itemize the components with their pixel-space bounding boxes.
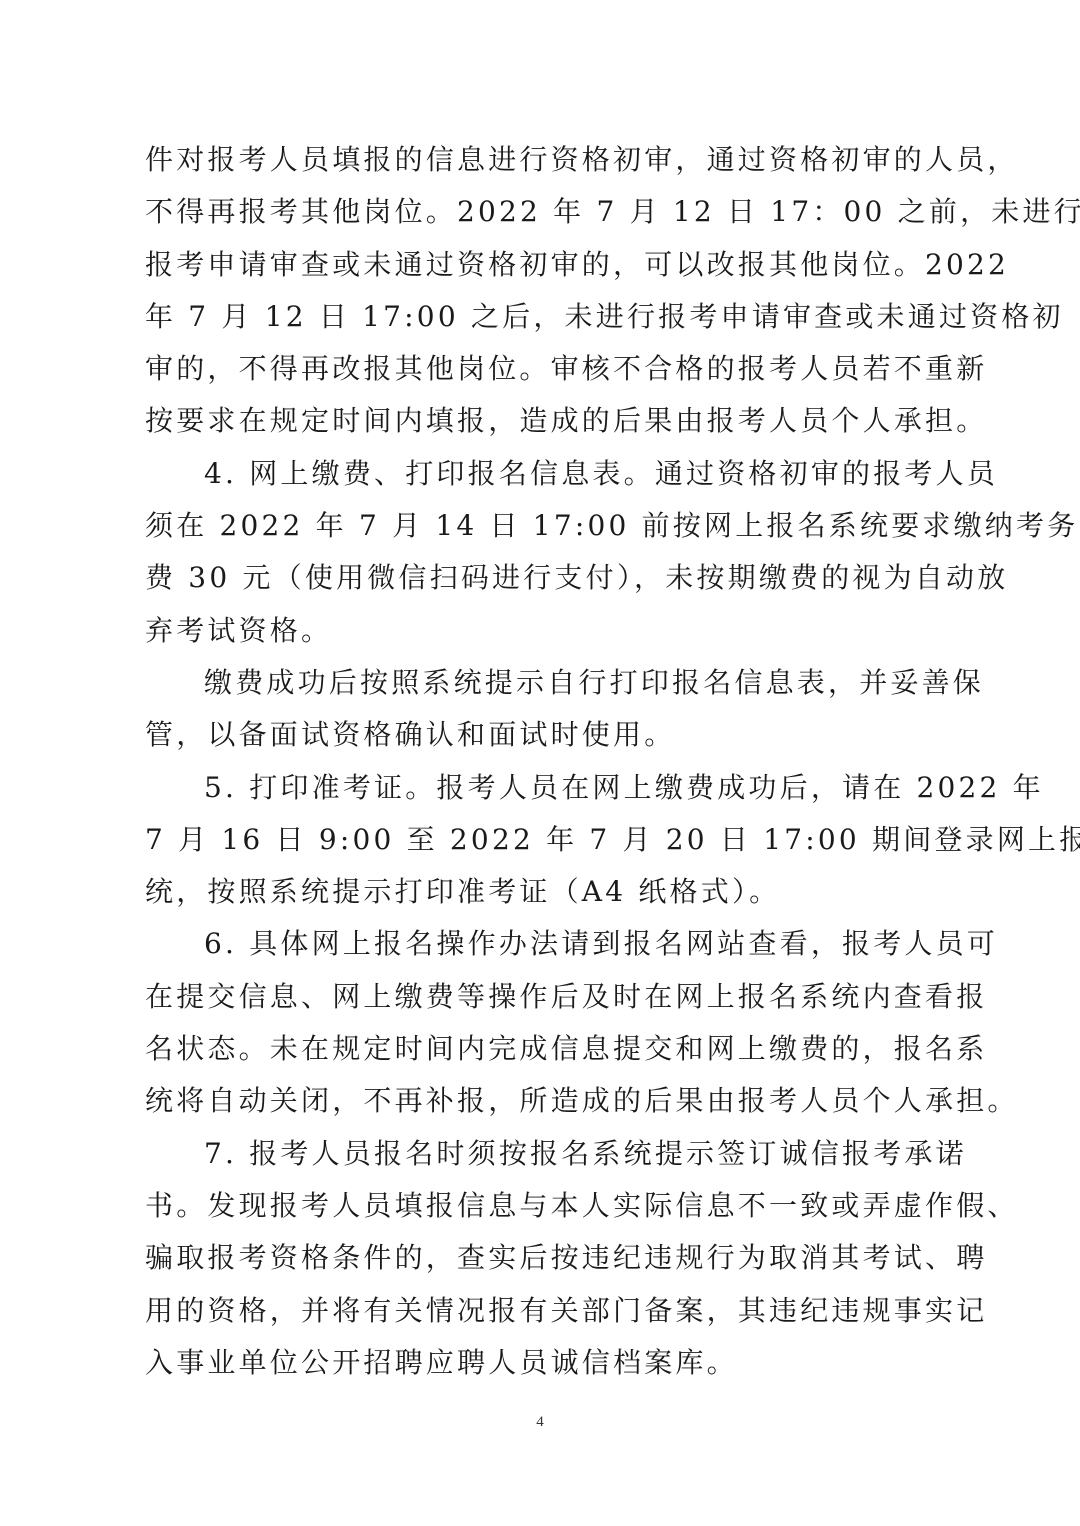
line-text: 年 7 月 12 日 17:00 之后，未进行报考申请审查或未通过资格初: [145, 291, 942, 343]
paragraph-line: 不得再报考其他岗位。2022 年 7 月 12 日 17：00 之前，未进行: [145, 186, 942, 238]
line-text: 统，按照系统提示打印准考证（A4 纸格式）。: [145, 866, 942, 918]
paragraph-line: 年 7 月 12 日 17:00 之后，未进行报考申请审查或未通过资格初: [145, 291, 942, 343]
line-text: 审的，不得再改报其他岗位。审核不合格的报考人员若不重新: [145, 343, 942, 395]
paragraph-line: 按要求在规定时间内填报，造成的后果由报考人员个人承担。: [145, 395, 942, 447]
document-body: 件对报考人员填报的信息进行资格初审，通过资格初审的人员，不得再报考其他岗位。20…: [145, 134, 942, 1389]
line-text: 管，以备面试资格确认和面试时使用。: [145, 709, 942, 761]
line-text: 7. 报考人员报名时须按报名系统提示签订诚信报考承诺: [204, 1128, 942, 1180]
paragraph-line: 统将自动关闭，不再补报，所造成的后果由报考人员个人承担。: [145, 1075, 942, 1127]
paragraph-line: 7 月 16 日 9:00 至 2022 年 7 月 20 日 17:00 期间…: [145, 814, 942, 866]
paragraph-line: 报考申请审查或未通过资格初审的，可以改报其他岗位。2022: [145, 239, 942, 291]
paragraph-first-line: 缴费成功后按照系统提示自行打印报名信息表，并妥善保: [145, 657, 942, 709]
paragraph-first-line: 4. 网上缴费、打印报名信息表。通过资格初审的报考人员: [145, 448, 942, 500]
paragraph-line: 入事业单位公开招聘应聘人员诚信档案库。: [145, 1337, 942, 1389]
line-text: 名状态。未在规定时间内完成信息提交和网上缴费的，报名系: [145, 1023, 942, 1075]
line-text: 费 30 元（使用微信扫码进行支付），未按期缴费的视为自动放: [145, 552, 942, 604]
paragraph-first-line: 7. 报考人员报名时须按报名系统提示签订诚信报考承诺: [145, 1128, 942, 1180]
paragraph-line: 审的，不得再改报其他岗位。审核不合格的报考人员若不重新: [145, 343, 942, 395]
paragraph-line: 骗取报考资格条件的，查实后按违纪违规行为取消其考试、聘: [145, 1232, 942, 1284]
line-text: 不得再报考其他岗位。2022 年 7 月 12 日 17：00 之前，未进行: [145, 186, 942, 238]
paragraph-line: 管，以备面试资格确认和面试时使用。: [145, 709, 942, 761]
line-text: 骗取报考资格条件的，查实后按违纪违规行为取消其考试、聘: [145, 1232, 942, 1284]
line-text: 书。发现报考人员填报信息与本人实际信息不一致或弄虚作假、: [145, 1180, 942, 1232]
document-page: 件对报考人员填报的信息进行资格初审，通过资格初审的人员，不得再报考其他岗位。20…: [0, 0, 1080, 1526]
paragraph-line: 书。发现报考人员填报信息与本人实际信息不一致或弄虚作假、: [145, 1180, 942, 1232]
line-text: 用的资格，并将有关情况报有关部门备案，其违纪违规事实记: [145, 1285, 942, 1337]
line-text: 在提交信息、网上缴费等操作后及时在网上报名系统内查看报: [145, 971, 942, 1023]
paragraph-line: 名状态。未在规定时间内完成信息提交和网上缴费的，报名系: [145, 1023, 942, 1075]
line-text: 4. 网上缴费、打印报名信息表。通过资格初审的报考人员: [204, 448, 942, 500]
line-text: 5. 打印准考证。报考人员在网上缴费成功后，请在 2022 年: [204, 762, 942, 814]
paragraph-line: 费 30 元（使用微信扫码进行支付），未按期缴费的视为自动放: [145, 552, 942, 604]
paragraph-first-line: 6. 具体网上报名操作办法请到报名网站查看，报考人员可: [145, 918, 942, 970]
line-text: 按要求在规定时间内填报，造成的后果由报考人员个人承担。: [145, 395, 942, 447]
paragraph-line: 用的资格，并将有关情况报有关部门备案，其违纪违规事实记: [145, 1285, 942, 1337]
line-text: 入事业单位公开招聘应聘人员诚信档案库。: [145, 1337, 942, 1389]
line-text: 统将自动关闭，不再补报，所造成的后果由报考人员个人承担。: [145, 1075, 942, 1127]
paragraph-line: 在提交信息、网上缴费等操作后及时在网上报名系统内查看报: [145, 971, 942, 1023]
paragraph-line: 统，按照系统提示打印准考证（A4 纸格式）。: [145, 866, 942, 918]
paragraph-first-line: 5. 打印准考证。报考人员在网上缴费成功后，请在 2022 年: [145, 762, 942, 814]
line-text: 6. 具体网上报名操作办法请到报名网站查看，报考人员可: [204, 918, 942, 970]
paragraph-line: 件对报考人员填报的信息进行资格初审，通过资格初审的人员，: [145, 134, 942, 186]
page-number: 4: [0, 1414, 1080, 1431]
line-text: 报考申请审查或未通过资格初审的，可以改报其他岗位。2022: [145, 239, 942, 291]
line-text: 缴费成功后按照系统提示自行打印报名信息表，并妥善保: [204, 657, 942, 709]
line-text: 须在 2022 年 7 月 14 日 17:00 前按网上报名系统要求缴纳考务: [145, 500, 942, 552]
line-text: 件对报考人员填报的信息进行资格初审，通过资格初审的人员，: [145, 134, 942, 186]
paragraph-line: 弃考试资格。: [145, 605, 942, 657]
line-text: 7 月 16 日 9:00 至 2022 年 7 月 20 日 17:00 期间…: [145, 814, 942, 866]
line-text: 弃考试资格。: [145, 605, 942, 657]
paragraph-line: 须在 2022 年 7 月 14 日 17:00 前按网上报名系统要求缴纳考务: [145, 500, 942, 552]
